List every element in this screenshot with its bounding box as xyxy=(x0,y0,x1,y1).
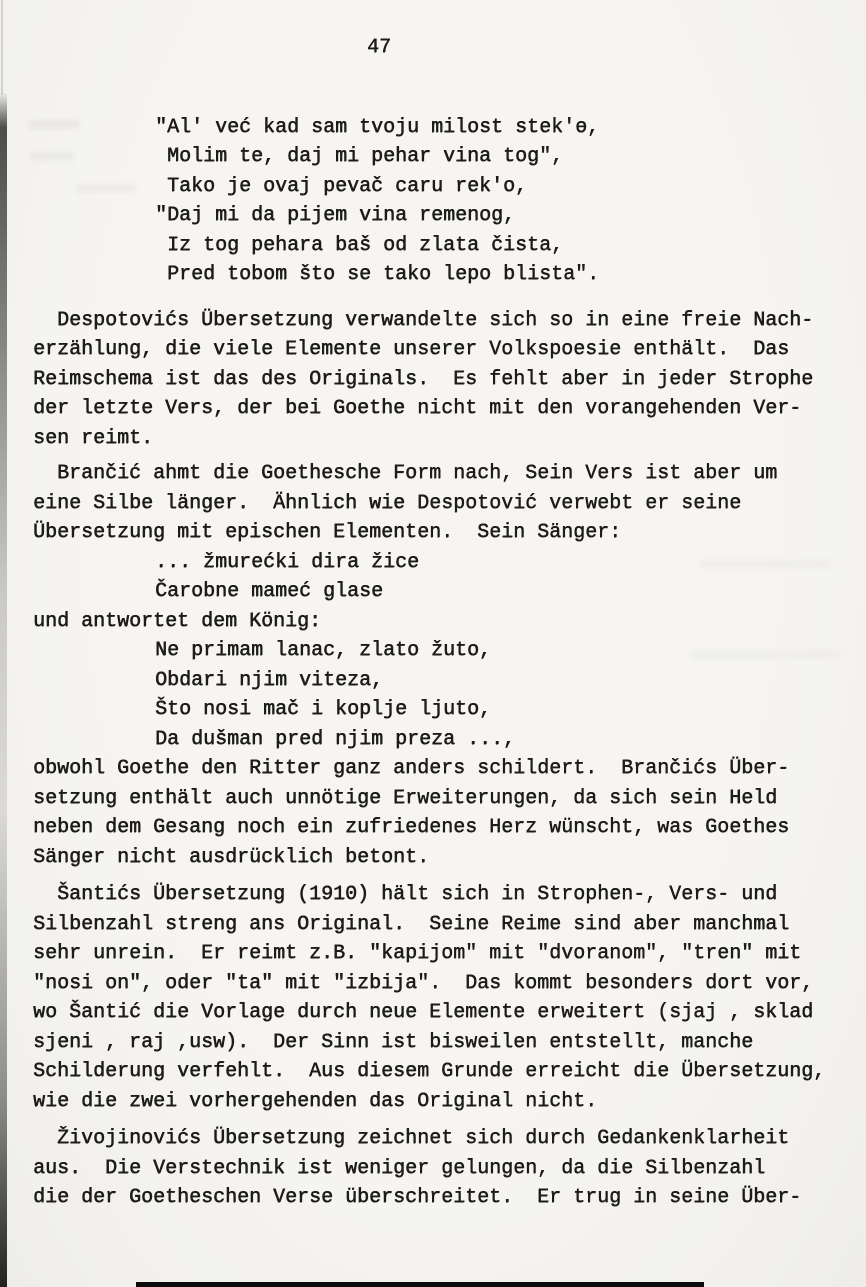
text-line: Pred tobom što se tako lepo blista". xyxy=(155,260,858,290)
page-number: 47 xyxy=(33,33,858,63)
scan-bottom-edge-artifact xyxy=(136,1282,704,1287)
text-line: ... žmurećki dira žice xyxy=(155,548,858,578)
text-line: obwohl Goethe den Ritter ganz anders sch… xyxy=(33,754,858,784)
text-line: Despotovićs Übersetzung verwandelte sich… xyxy=(33,306,858,336)
text-line: setzung enthält auch unnötige Erweiterun… xyxy=(33,784,858,814)
text-line: Ne primam lanac, zlato žuto, xyxy=(155,636,858,666)
text-line: Čarobne mameć glase xyxy=(155,577,858,607)
text-line: neben dem Gesang noch ein zufriedenes He… xyxy=(33,813,858,843)
text-line: Šantićs Übersetzung (1910) hält sich in … xyxy=(33,880,858,910)
verse-brancic-singer: ... žmurećki dira žiceČarobne mameć glas… xyxy=(33,548,858,607)
verse-quote-translation-1: "Al' već kad sam tvoju milost stek'ɵ, Mo… xyxy=(33,113,858,290)
text-line: Što nosi mač i koplje ljuto, xyxy=(155,695,858,725)
text-line: Molim te, daj mi pehar vina tog", xyxy=(155,142,858,172)
text-line: "Al' već kad sam tvoju milost stek'ɵ, xyxy=(155,113,858,143)
text-line: erzählung, die viele Elemente unserer Vo… xyxy=(33,335,858,365)
text-line: "nosi on", oder "ta" mit "izbija". Das k… xyxy=(33,969,858,999)
text-line: Živojinovićs Übersetzung zeichnet sich d… xyxy=(33,1124,858,1154)
text-line: Reimschema ist das des Originals. Es feh… xyxy=(33,365,858,395)
paragraph-obwohl: obwohl Goethe den Ritter ganz anders sch… xyxy=(33,754,858,872)
verse-brancic-answer: Ne primam lanac, zlato žuto,Obdari njim … xyxy=(33,636,858,754)
paragraph-despotovic: Despotovićs Übersetzung verwandelte sich… xyxy=(33,306,858,454)
text-line: Sänger nicht ausdrücklich betont. xyxy=(33,843,858,873)
text-line: Da dušman pred njim preza ..., xyxy=(155,725,858,755)
text-line: wo Šantić die Vorlage durch neue Element… xyxy=(33,998,858,1028)
text-line: Schilderung verfehlt. Aus diesem Grunde … xyxy=(33,1057,858,1087)
scan-edge-left-shadow xyxy=(0,92,7,1287)
text-line: Iz tog pehara baš od zlata čista, xyxy=(155,231,858,261)
text-line: Obdari njim viteza, xyxy=(155,666,858,696)
text-line: sjeni , raj ,usw). Der Sinn ist bisweile… xyxy=(33,1028,858,1058)
text-line: sen reimt. xyxy=(33,424,858,454)
scan-edge-top-line xyxy=(1,0,3,95)
text-line: Silbenzahl streng ans Original. Seine Re… xyxy=(33,910,858,940)
text-line: "Daj mi da pijem vina remenog, xyxy=(155,201,858,231)
connector-line: und antwortet dem König: xyxy=(33,607,858,637)
text-line: wie die zwei vorhergehenden das Original… xyxy=(33,1087,858,1117)
paragraph-santic: Šantićs Übersetzung (1910) hält sich in … xyxy=(33,880,858,1116)
text-line: aus. Die Verstechnik ist weniger gelunge… xyxy=(33,1154,858,1184)
text-line: 47 xyxy=(367,33,858,63)
text-line: und antwortet dem König: xyxy=(33,607,858,637)
text-line: die der Goetheschen Verse überschreitet.… xyxy=(33,1183,858,1213)
document-page: 47"Al' već kad sam tvoju milost stek'ɵ, … xyxy=(0,0,866,1287)
text-line: eine Silbe länger. Ähnlich wie Despotovi… xyxy=(33,489,858,519)
text-line: Tako je ovaj pevač caru rek'o, xyxy=(155,172,858,202)
text-line: sehr unrein. Er reimt z.B. "kapijom" mit… xyxy=(33,939,858,969)
text-line: der letzte Vers, der bei Goethe nicht mi… xyxy=(33,394,858,424)
text-line: Übersetzung mit epischen Elementen. Sein… xyxy=(33,518,858,548)
text-line: Brančić ahmt die Goethesche Form nach, S… xyxy=(33,459,858,489)
page-content: 47"Al' već kad sam tvoju milost stek'ɵ, … xyxy=(33,33,858,1213)
paragraph-zivojinovic: Živojinovićs Übersetzung zeichnet sich d… xyxy=(33,1124,858,1213)
paragraph-brancic: Brančić ahmt die Goethesche Form nach, S… xyxy=(33,459,858,548)
